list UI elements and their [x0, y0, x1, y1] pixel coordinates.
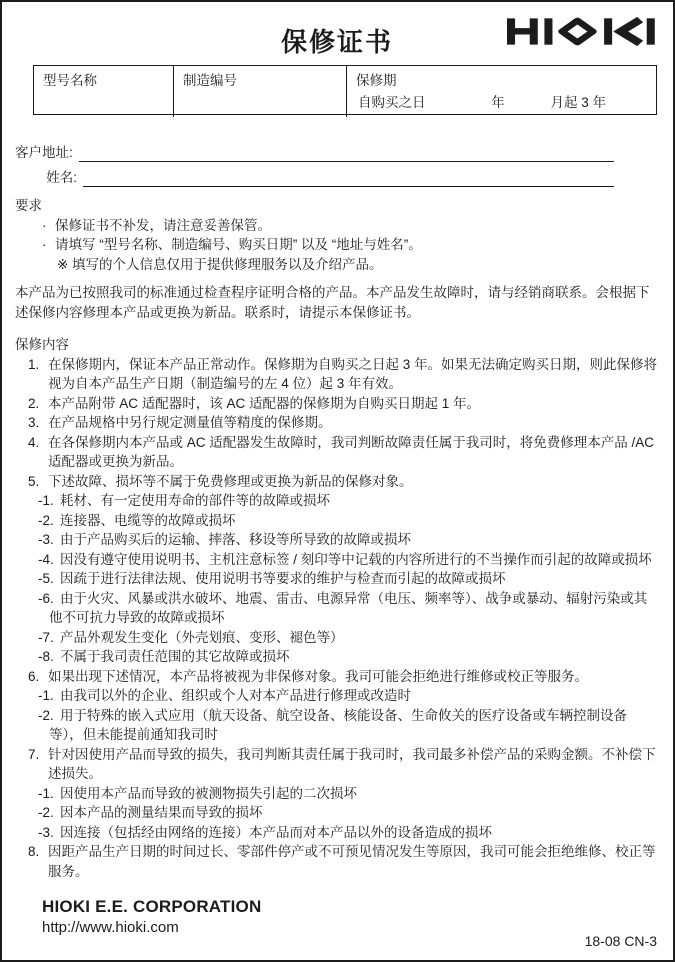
serial-number-cell: 制造编号	[173, 66, 346, 117]
warranty-item-text: 在产品规格中另行规定测量值等精度的保修期。	[48, 415, 332, 430]
model-name-cell: 型号名称	[34, 66, 173, 117]
warranty-from-label: 自购买之日	[358, 95, 426, 110]
warranty-item-number: 4.	[28, 433, 48, 453]
warranty-certificate-page: 保修证书 型号名称 制造编号 保修期 自购买之日	[0, 0, 675, 962]
requirements-heading: 要求	[15, 196, 659, 216]
warranty-item: 7.针对因使用产品而导致的损失，我司判断其责任属于我司时，我司最多补偿产品的采购…	[15, 745, 659, 784]
customer-section: 客户地址: 姓名:	[15, 137, 614, 187]
requirement-item-text: 保修证书不补发，请注意妥善保管。	[55, 218, 271, 233]
warranty-item-number: 1.	[28, 355, 48, 375]
warranty-item: 2.本产品附带 AC 适配器时，该 AC 适配器的保修期为自购买日期起 1 年。	[15, 394, 659, 414]
model-name-label: 型号名称	[43, 73, 97, 88]
warranty-item-text: 在保修期内，保证本产品正常动作。保修期为自购买之日起 3 年。如果无法确定购买日…	[48, 357, 657, 392]
hioki-logo-icon	[507, 17, 655, 46]
warranty-subitem-number: -4.	[38, 550, 60, 570]
customer-address-field	[79, 143, 614, 162]
customer-address-row: 客户地址:	[15, 137, 614, 162]
footer-url: http://www.hioki.com	[42, 918, 261, 938]
warranty-item: 1.在保修期内，保证本产品正常动作。保修期为自购买之日起 3 年。如果无法确定购…	[15, 355, 659, 394]
warranty-subitem-number: -3.	[38, 823, 60, 843]
warranty-subitem-number: -8.	[38, 647, 60, 667]
warranty-period-detail: 自购买之日 年 月起 3 年	[356, 93, 647, 113]
intro-paragraph: 本产品为已按照我司的标准通过检查程序证明合格的产品。本产品发生故障时，请与经销商…	[15, 283, 659, 322]
warranty-period-cell: 保修期 自购买之日 年 月起 3 年	[346, 66, 656, 117]
warranty-subitem: -2.因本产品的测量结果而导致的损坏	[15, 803, 659, 823]
requirement-item: ·保修证书不补发，请注意妥善保管。	[15, 216, 659, 236]
warranty-subitem-text: 由于火灾、风暴或洪水破坏、地震、雷击、电源异常（电压、频率等）、战争或暴动、辐射…	[49, 591, 647, 626]
warranty-item-number: 8.	[28, 842, 48, 862]
warranty-subitem-text: 耗材、有一定使用寿命的部件等的故障或损坏	[60, 493, 330, 508]
warranty-duration-label: 月起 3 年	[551, 95, 607, 110]
warranty-subitem: -1.耗材、有一定使用寿命的部件等的故障或损坏	[15, 491, 659, 511]
warranty-subitem-number: -1.	[38, 784, 60, 804]
warranty-subitem: -3.因连接（包括经由网络的连接）本产品而对本产品以外的设备造成的损坏	[15, 823, 659, 843]
requirements-section: 要求 ·保修证书不补发，请注意妥善保管。 ·请填写 “型号名称、制造编号、购买日…	[15, 196, 659, 274]
warranty-subitem-text: 因疏于进行法律法规、使用说明书等要求的维护与检查而引起的故障或损坏	[60, 571, 506, 586]
warranty-subitem-number: -2.	[38, 803, 60, 823]
warranty-item-text: 如果出现下述情况，本产品将被视为非保修对象。我司可能会拒绝进行维修或校正等服务。	[48, 669, 588, 684]
header: 保修证书	[15, 2, 659, 65]
warranty-subitem: -7.产品外观发生变化（外壳划痕、变形、褪色等）	[15, 628, 659, 648]
warranty-subitem-text: 因使用本产品而导致的被测物损失引起的二次损坏	[60, 786, 357, 801]
customer-name-field	[83, 168, 614, 187]
customer-name-row: 姓名:	[15, 162, 614, 187]
warranty-subitem-number: -5.	[38, 569, 60, 589]
warranty-subitem-number: -1.	[38, 686, 60, 706]
warranty-item-text: 在各保修期内本产品或 AC 适配器发生故障时，我司判断故障责任属于我司时，将免费…	[48, 435, 654, 470]
warranty-subitem-number: -7.	[38, 628, 60, 648]
doc-code: 18-08 CN-3	[585, 932, 657, 952]
warranty-subitem: -4.因没有遵守使用说明书、主机注意标签 / 刻印等中记载的内容所进行的不当操作…	[15, 550, 659, 570]
bullet-marker: ·	[42, 216, 55, 236]
warranty-list: 1.在保修期内，保证本产品正常动作。保修期为自购买之日起 3 年。如果无法确定购…	[15, 355, 659, 882]
warranty-period-label: 保修期	[356, 71, 647, 91]
privacy-note: ※ 填写的个人信息仅用于提供修理服务以及介绍产品。	[15, 255, 659, 275]
warranty-item-number: 7.	[28, 745, 48, 765]
warranty-subitem: -3.由于产品购买后的运输、摔落、移设等所导致的故障或损坏	[15, 530, 659, 550]
warranty-subitem-number: -1.	[38, 491, 60, 511]
warranty-heading: 保修内容	[15, 335, 659, 355]
warranty-year-label: 年	[491, 95, 505, 110]
warranty-item-number: 5.	[28, 472, 48, 492]
warranty-item-text: 下述故障、损坏等不属于免费修理或更换为新品的保修对象。	[48, 474, 413, 489]
warranty-item: 8.因距产品生产日期的时间过长、零部件停产或不可预见情况发生等原因，我司可能会拒…	[15, 842, 659, 881]
warranty-subitem: -8.不属于我司责任范围的其它故障或损坏	[15, 647, 659, 667]
serial-number-label: 制造编号	[183, 73, 237, 88]
warranty-subitem: -2.连接器、电缆等的故障或损坏	[15, 511, 659, 531]
warranty-subitem: -6.由于火灾、风暴或洪水破坏、地震、雷击、电源异常（电压、频率等）、战争或暴动…	[15, 589, 659, 628]
warranty-subitem-text: 因没有遵守使用说明书、主机注意标签 / 刻印等中记载的内容所进行的不当操作而引起…	[60, 552, 652, 567]
warranty-item-number: 2.	[28, 394, 48, 414]
warranty-item-text: 本产品附带 AC 适配器时，该 AC 适配器的保修期为自购买日期起 1 年。	[48, 396, 480, 411]
warranty-item: 4.在各保修期内本产品或 AC 适配器发生故障时，我司判断故障责任属于我司时，将…	[15, 433, 659, 472]
warranty-item-number: 6.	[28, 667, 48, 687]
warranty-subitem-text: 不属于我司责任范围的其它故障或损坏	[60, 649, 290, 664]
warranty-subitem-text: 连接器、电缆等的故障或损坏	[60, 513, 236, 528]
warranty-subitem: -1.因使用本产品而导致的被测物损失引起的二次损坏	[15, 784, 659, 804]
warranty-subitem-text: 由于产品购买后的运输、摔落、移设等所导致的故障或损坏	[60, 532, 411, 547]
warranty-subitem-text: 用于特殊的嵌入式应用（航天设备、航空设备、核能设备、生命攸关的医疗设备或车辆控制…	[49, 708, 627, 743]
customer-name-label: 姓名:	[15, 168, 83, 188]
warranty-item: 6.如果出现下述情况，本产品将被视为非保修对象。我司可能会拒绝进行维修或校正等服…	[15, 667, 659, 687]
bullet-marker: ·	[42, 235, 55, 255]
warranty-subitem-text: 由我司以外的企业、组织或个人对本产品进行修理或改造时	[60, 688, 411, 703]
warranty-subitem-number: -6.	[38, 589, 60, 609]
warranty-subitem-number: -2.	[38, 706, 60, 726]
warranty-subitem: -2.用于特殊的嵌入式应用（航天设备、航空设备、核能设备、生命攸关的医疗设备或车…	[15, 706, 659, 745]
warranty-subitem-number: -2.	[38, 511, 60, 531]
warranty-subitem: -1.由我司以外的企业、组织或个人对本产品进行修理或改造时	[15, 686, 659, 706]
customer-address-label: 客户地址:	[15, 143, 79, 163]
info-table: 型号名称 制造编号 保修期 自购买之日 年 月起 3 年	[33, 65, 657, 115]
warranty-item: 3.在产品规格中另行规定测量值等精度的保修期。	[15, 413, 659, 433]
warranty-subitem-text: 产品外观发生变化（外壳划痕、变形、褪色等）	[60, 630, 344, 645]
footer-company: HIOKI E.E. CORPORATION	[42, 895, 261, 918]
warranty-item: 5.下述故障、损坏等不属于免费修理或更换为新品的保修对象。	[15, 472, 659, 492]
warranty-item-number: 3.	[28, 413, 48, 433]
warranty-subitem-text: 因本产品的测量结果而导致的损坏	[60, 805, 263, 820]
requirement-item-text: 请填写 “型号名称、制造编号、购买日期” 以及 “地址与姓名”。	[55, 237, 422, 252]
warranty-subitem-text: 因连接（包括经由网络的连接）本产品而对本产品以外的设备造成的损坏	[60, 825, 492, 840]
warranty-item-text: 针对因使用产品而导致的损失，我司判断其责任属于我司时，我司最多补偿产品的采购金额…	[48, 747, 656, 782]
requirement-item: ·请填写 “型号名称、制造编号、购买日期” 以及 “地址与姓名”。	[15, 235, 659, 255]
warranty-subitem-number: -3.	[38, 530, 60, 550]
warranty-subitem: -5.因疏于进行法律法规、使用说明书等要求的维护与检查而引起的故障或损坏	[15, 569, 659, 589]
hioki-logo	[507, 17, 655, 52]
footer: HIOKI E.E. CORPORATION http://www.hioki.…	[42, 895, 261, 938]
warranty-item-text: 因距产品生产日期的时间过长、零部件停产或不可预见情况发生等原因，我司可能会拒绝维…	[48, 844, 656, 879]
